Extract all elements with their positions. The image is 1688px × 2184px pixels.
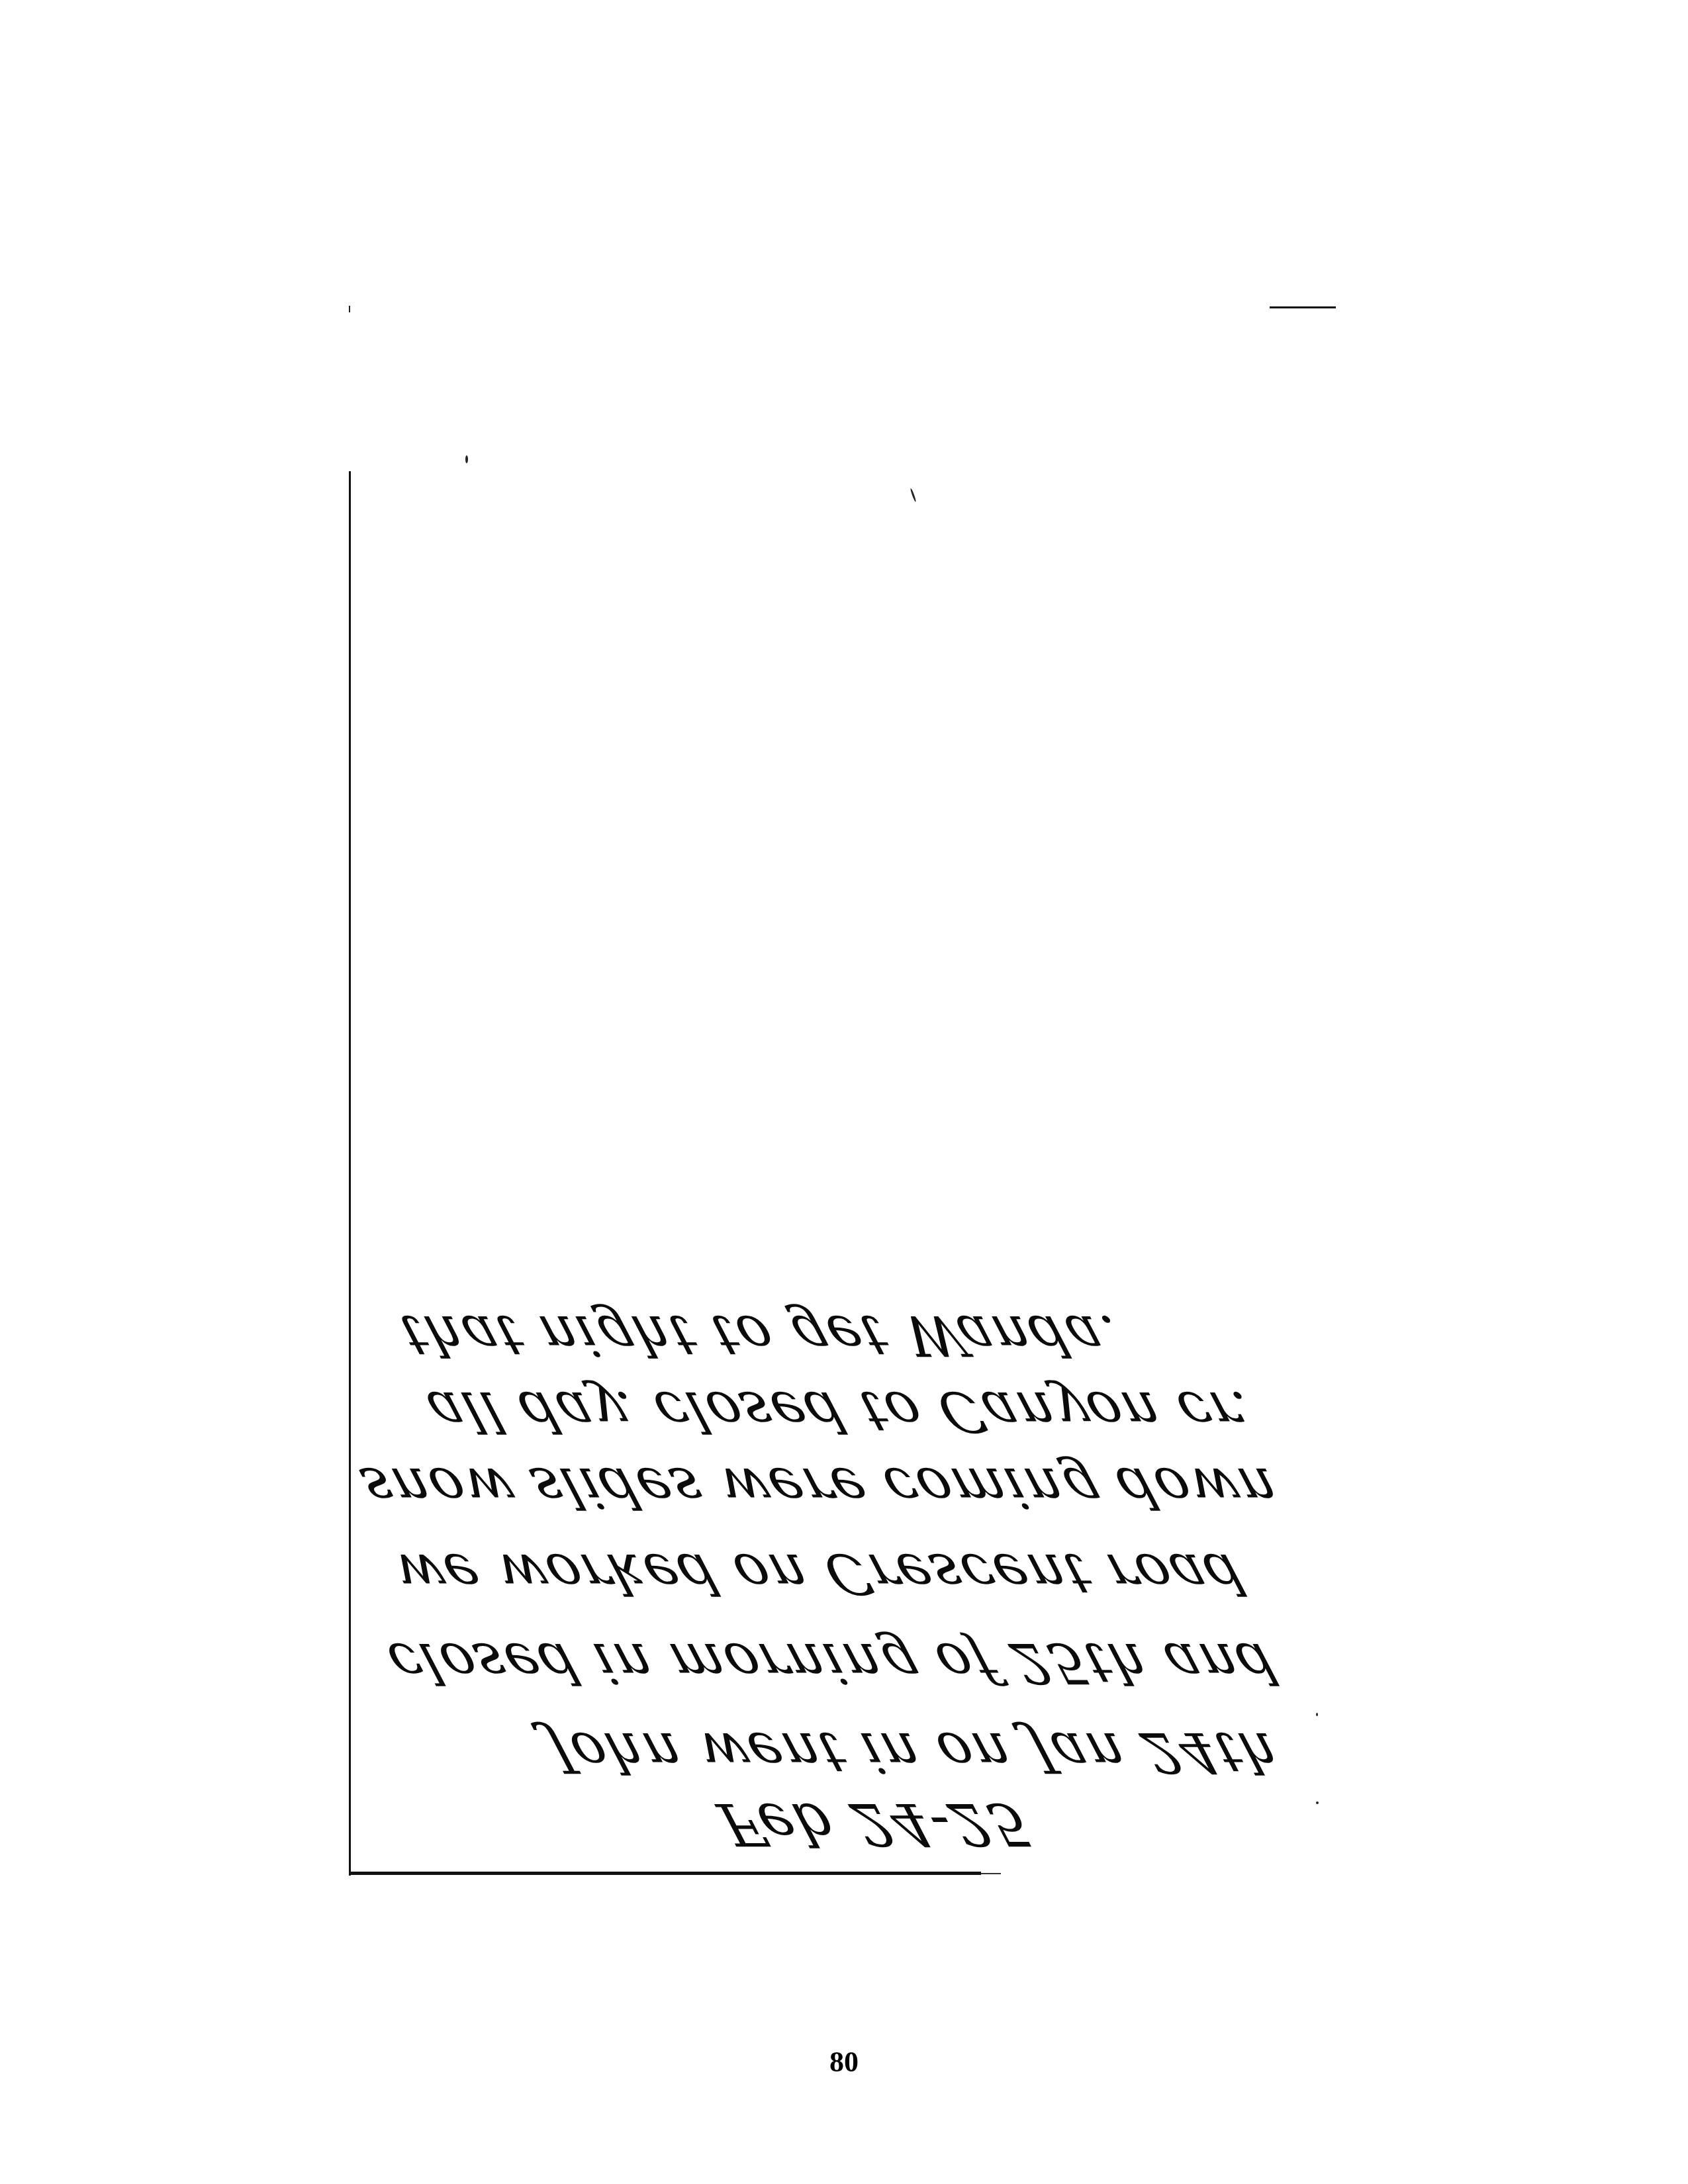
bottom-border-line-tail <box>981 1873 1001 1874</box>
scan-border-tick <box>349 306 350 312</box>
scan-speck <box>910 488 916 502</box>
handwritten-letter: Feb 24-25 John went in on Jan 24th close… <box>351 1297 1357 1866</box>
bottom-border-line <box>349 1872 981 1875</box>
letter-line-4: snow slides were coming down <box>355 1460 1286 1516</box>
letter-date: Feb 24-25 <box>712 1795 1039 1853</box>
letter-line-2: closed in morning of 25th and <box>381 1635 1284 1691</box>
flipped-handwriting-block: Feb 24-25 John went in on Jan 24th close… <box>351 1297 1357 1866</box>
scan-border-top-right-line <box>1270 306 1336 308</box>
scan-speck <box>465 455 468 463</box>
letter-line-5: all day. closed to Canyon cr. <box>421 1384 1262 1439</box>
page-number: 80 <box>0 2045 1688 2079</box>
letter-line-3: we worked on Crescent road <box>388 1546 1252 1602</box>
letter-line-6: that night to get Wanda. <box>395 1308 1131 1363</box>
letter-line-1: John went in on Jan 24th <box>540 1725 1288 1780</box>
